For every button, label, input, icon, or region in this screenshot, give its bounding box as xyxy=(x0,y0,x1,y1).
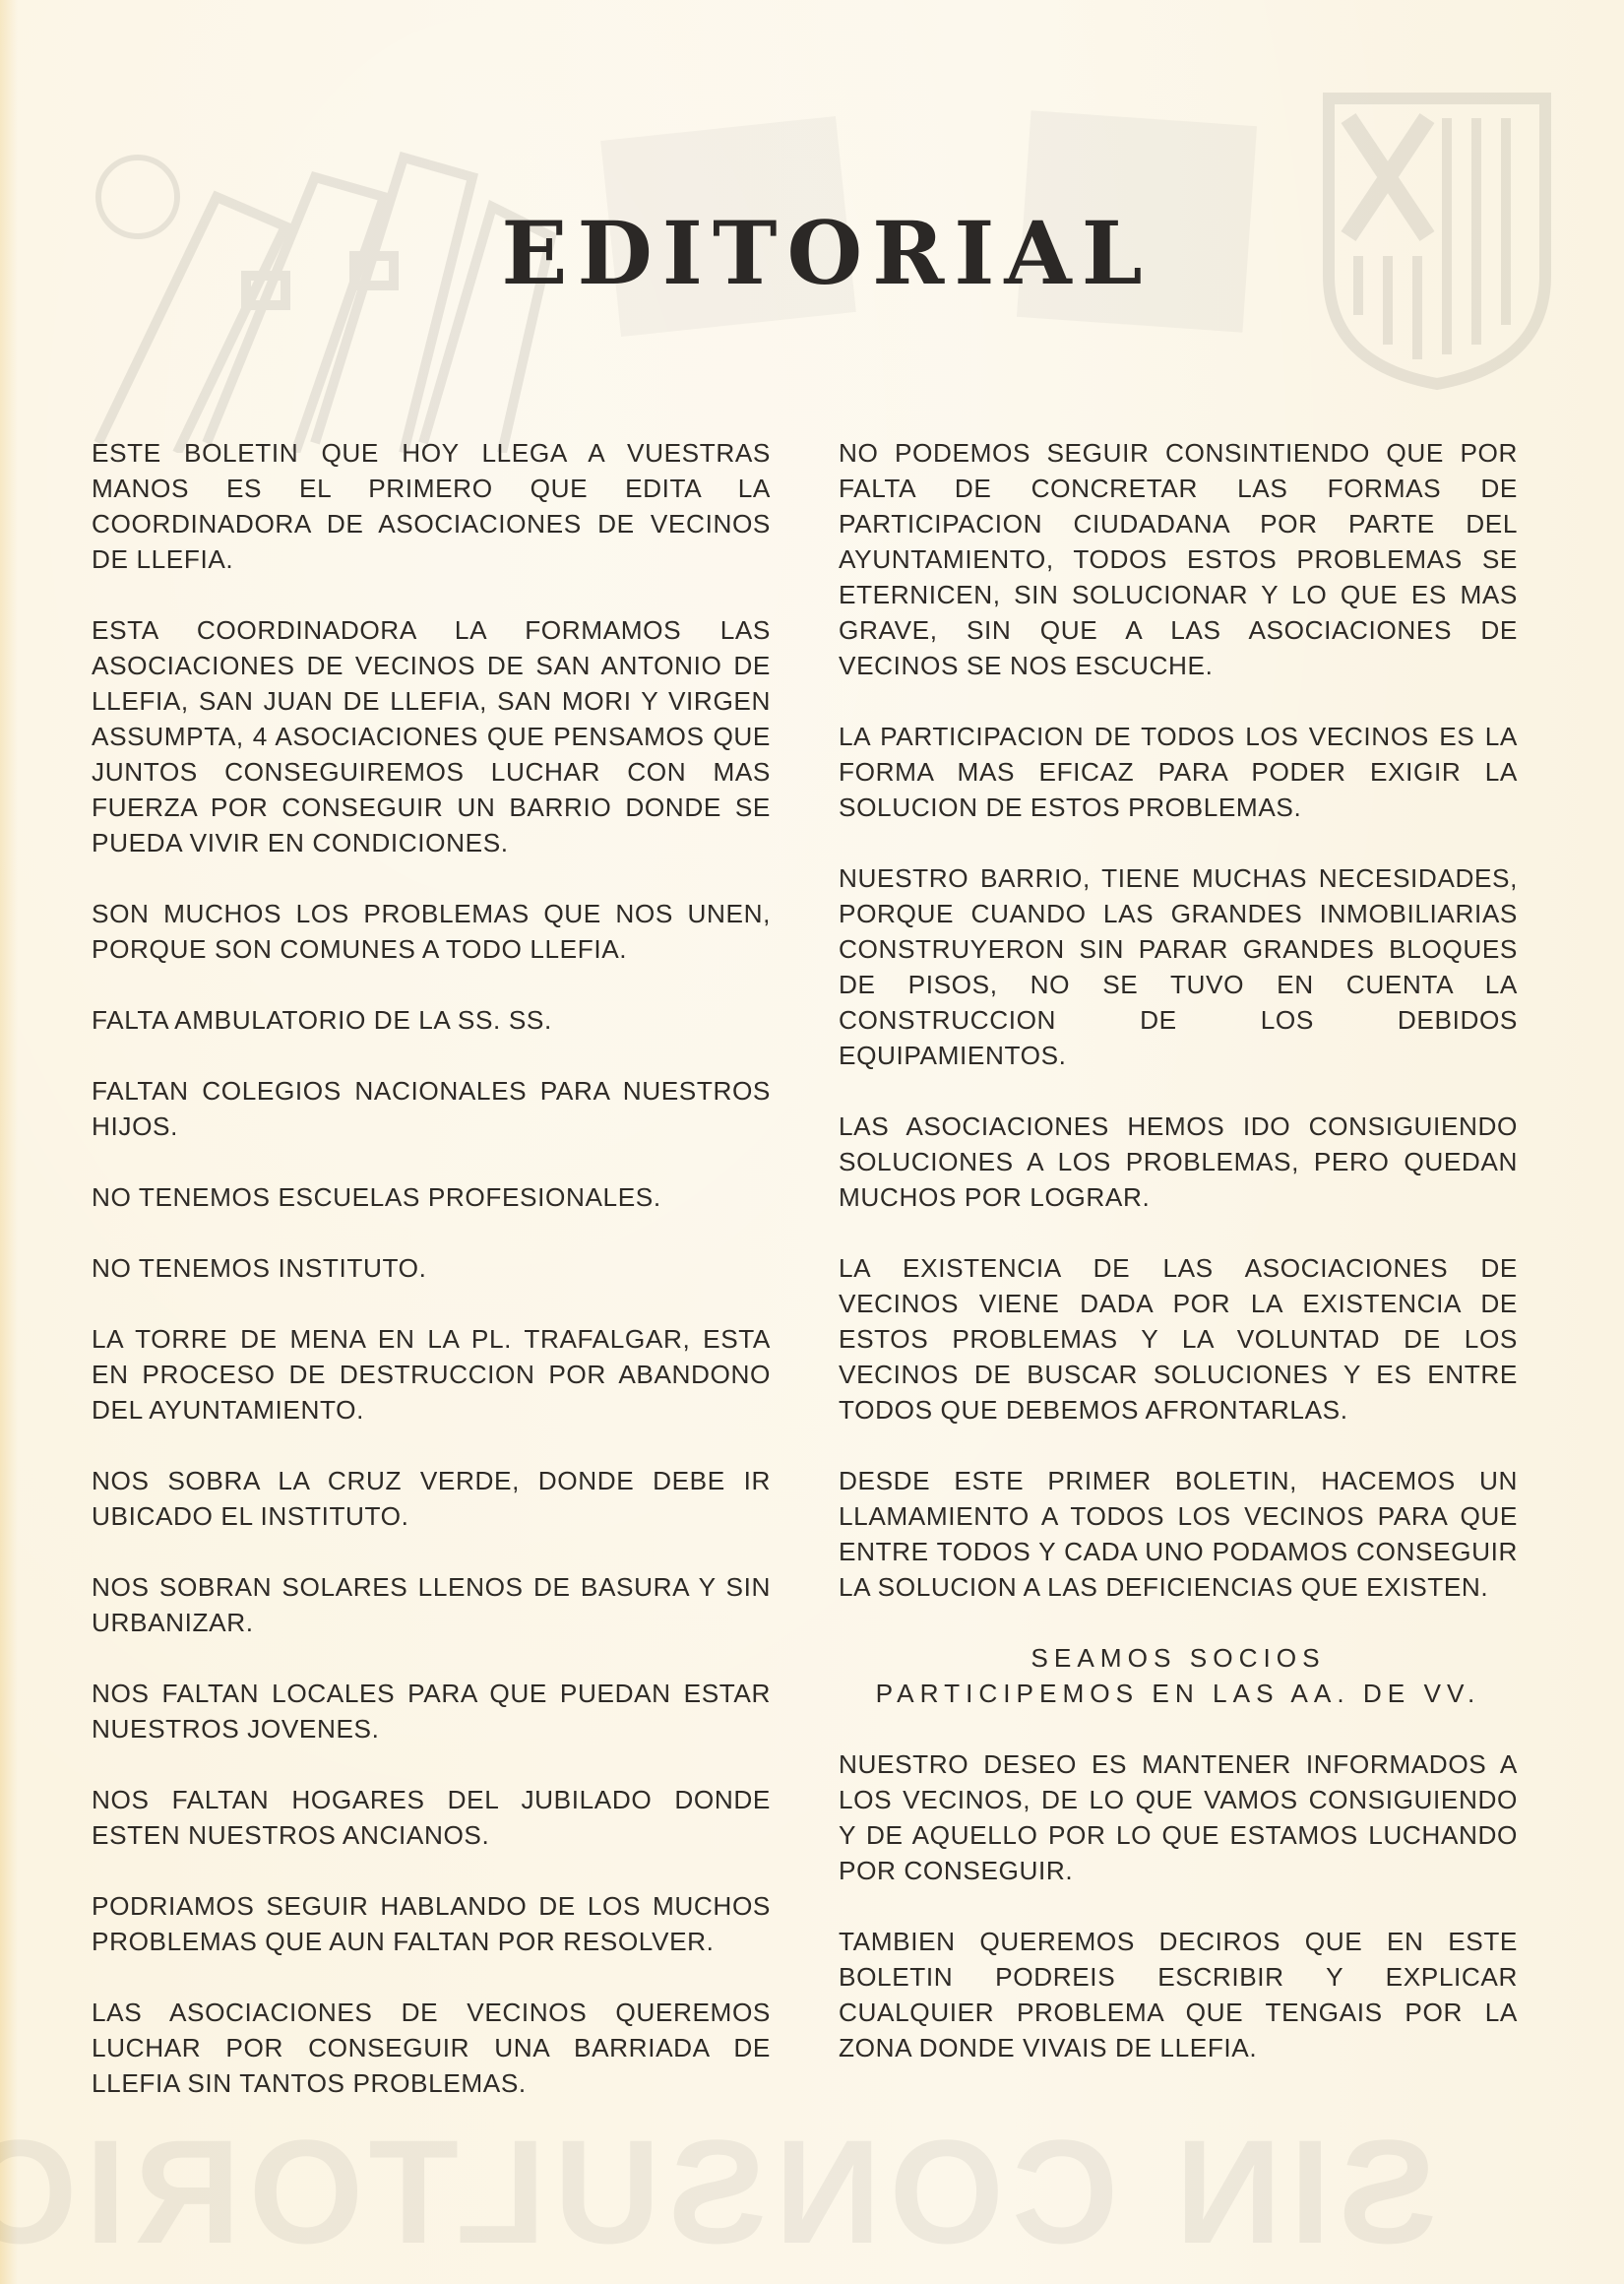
paragraph: LAS ASOCIACIONES DE VECINOS QUEREMOS LUC… xyxy=(92,1995,771,2101)
paragraph: FALTA AMBULATORIO DE LA SS. SS. xyxy=(92,1002,771,1038)
paragraph: NOS FALTAN LOCALES PARA QUE PUEDAN ESTAR… xyxy=(92,1676,771,1746)
page-title: EDITORIAL xyxy=(30,202,1624,304)
paragraph: LAS ASOCIACIONES HEMOS IDO CONSIGUIENDO … xyxy=(839,1109,1518,1215)
paragraph: ESTE BOLETIN QUE HOY LLEGA A VUESTRAS MA… xyxy=(92,435,771,577)
paragraph: LA TORRE DE MENA EN LA PL. TRAFALGAR, ES… xyxy=(92,1321,771,1427)
slogan: SEAMOS SOCIOS PARTICIPEMOS EN LAS AA. DE… xyxy=(839,1640,1518,1711)
newsletter-page: SIN CONSULTORIO EDITORIAL ESTE BOLETIN Q… xyxy=(0,0,1624,2284)
paragraph: NO TENEMOS INSTITUTO. xyxy=(92,1250,771,1286)
paragraph: NOS FALTAN HOGARES DEL JUBILADO DONDE ES… xyxy=(92,1782,771,1853)
slogan-line-1: SEAMOS SOCIOS xyxy=(839,1640,1518,1676)
paragraph: NO TENEMOS ESCUELAS PROFESIONALES. xyxy=(92,1179,771,1215)
left-column: ESTE BOLETIN QUE HOY LLEGA A VUESTRAS MA… xyxy=(92,435,771,2136)
paragraph: NOS SOBRAN SOLARES LLENOS DE BASURA Y SI… xyxy=(92,1569,771,1640)
paragraph: TAMBIEN QUEREMOS DECIROS QUE EN ESTE BOL… xyxy=(839,1924,1518,2065)
paragraph: PODRIAMOS SEGUIR HABLANDO DE LOS MUCHOS … xyxy=(92,1888,771,1959)
paragraph: LA EXISTENCIA DE LAS ASOCIACIONES DE VEC… xyxy=(839,1250,1518,1427)
paragraph: NO PODEMOS SEGUIR CONSINTIENDO QUE POR F… xyxy=(839,435,1518,683)
paragraph: NUESTRO DESEO ES MANTENER INFORMADOS A L… xyxy=(839,1746,1518,1888)
paragraph: NUESTRO BARRIO, TIENE MUCHAS NECESIDADES… xyxy=(839,860,1518,1073)
slogan-line-2: PARTICIPEMOS EN LAS AA. DE VV. xyxy=(839,1676,1518,1711)
paragraph: DESDE ESTE PRIMER BOLETIN, HACEMOS UN LL… xyxy=(839,1463,1518,1605)
right-column: NO PODEMOS SEGUIR CONSINTIENDO QUE POR F… xyxy=(839,435,1518,2101)
paragraph: SON MUCHOS LOS PROBLEMAS QUE NOS UNEN, P… xyxy=(92,896,771,967)
paragraph: LA PARTICIPACION DE TODOS LOS VECINOS ES… xyxy=(839,719,1518,825)
paragraph: ESTA COORDINADORA LA FORMAMOS LAS ASOCIA… xyxy=(92,612,771,860)
paragraph: FALTAN COLEGIOS NACIONALES PARA NUESTROS… xyxy=(92,1073,771,1144)
paragraph: NOS SOBRA LA CRUZ VERDE, DONDE DEBE IR U… xyxy=(92,1463,771,1534)
